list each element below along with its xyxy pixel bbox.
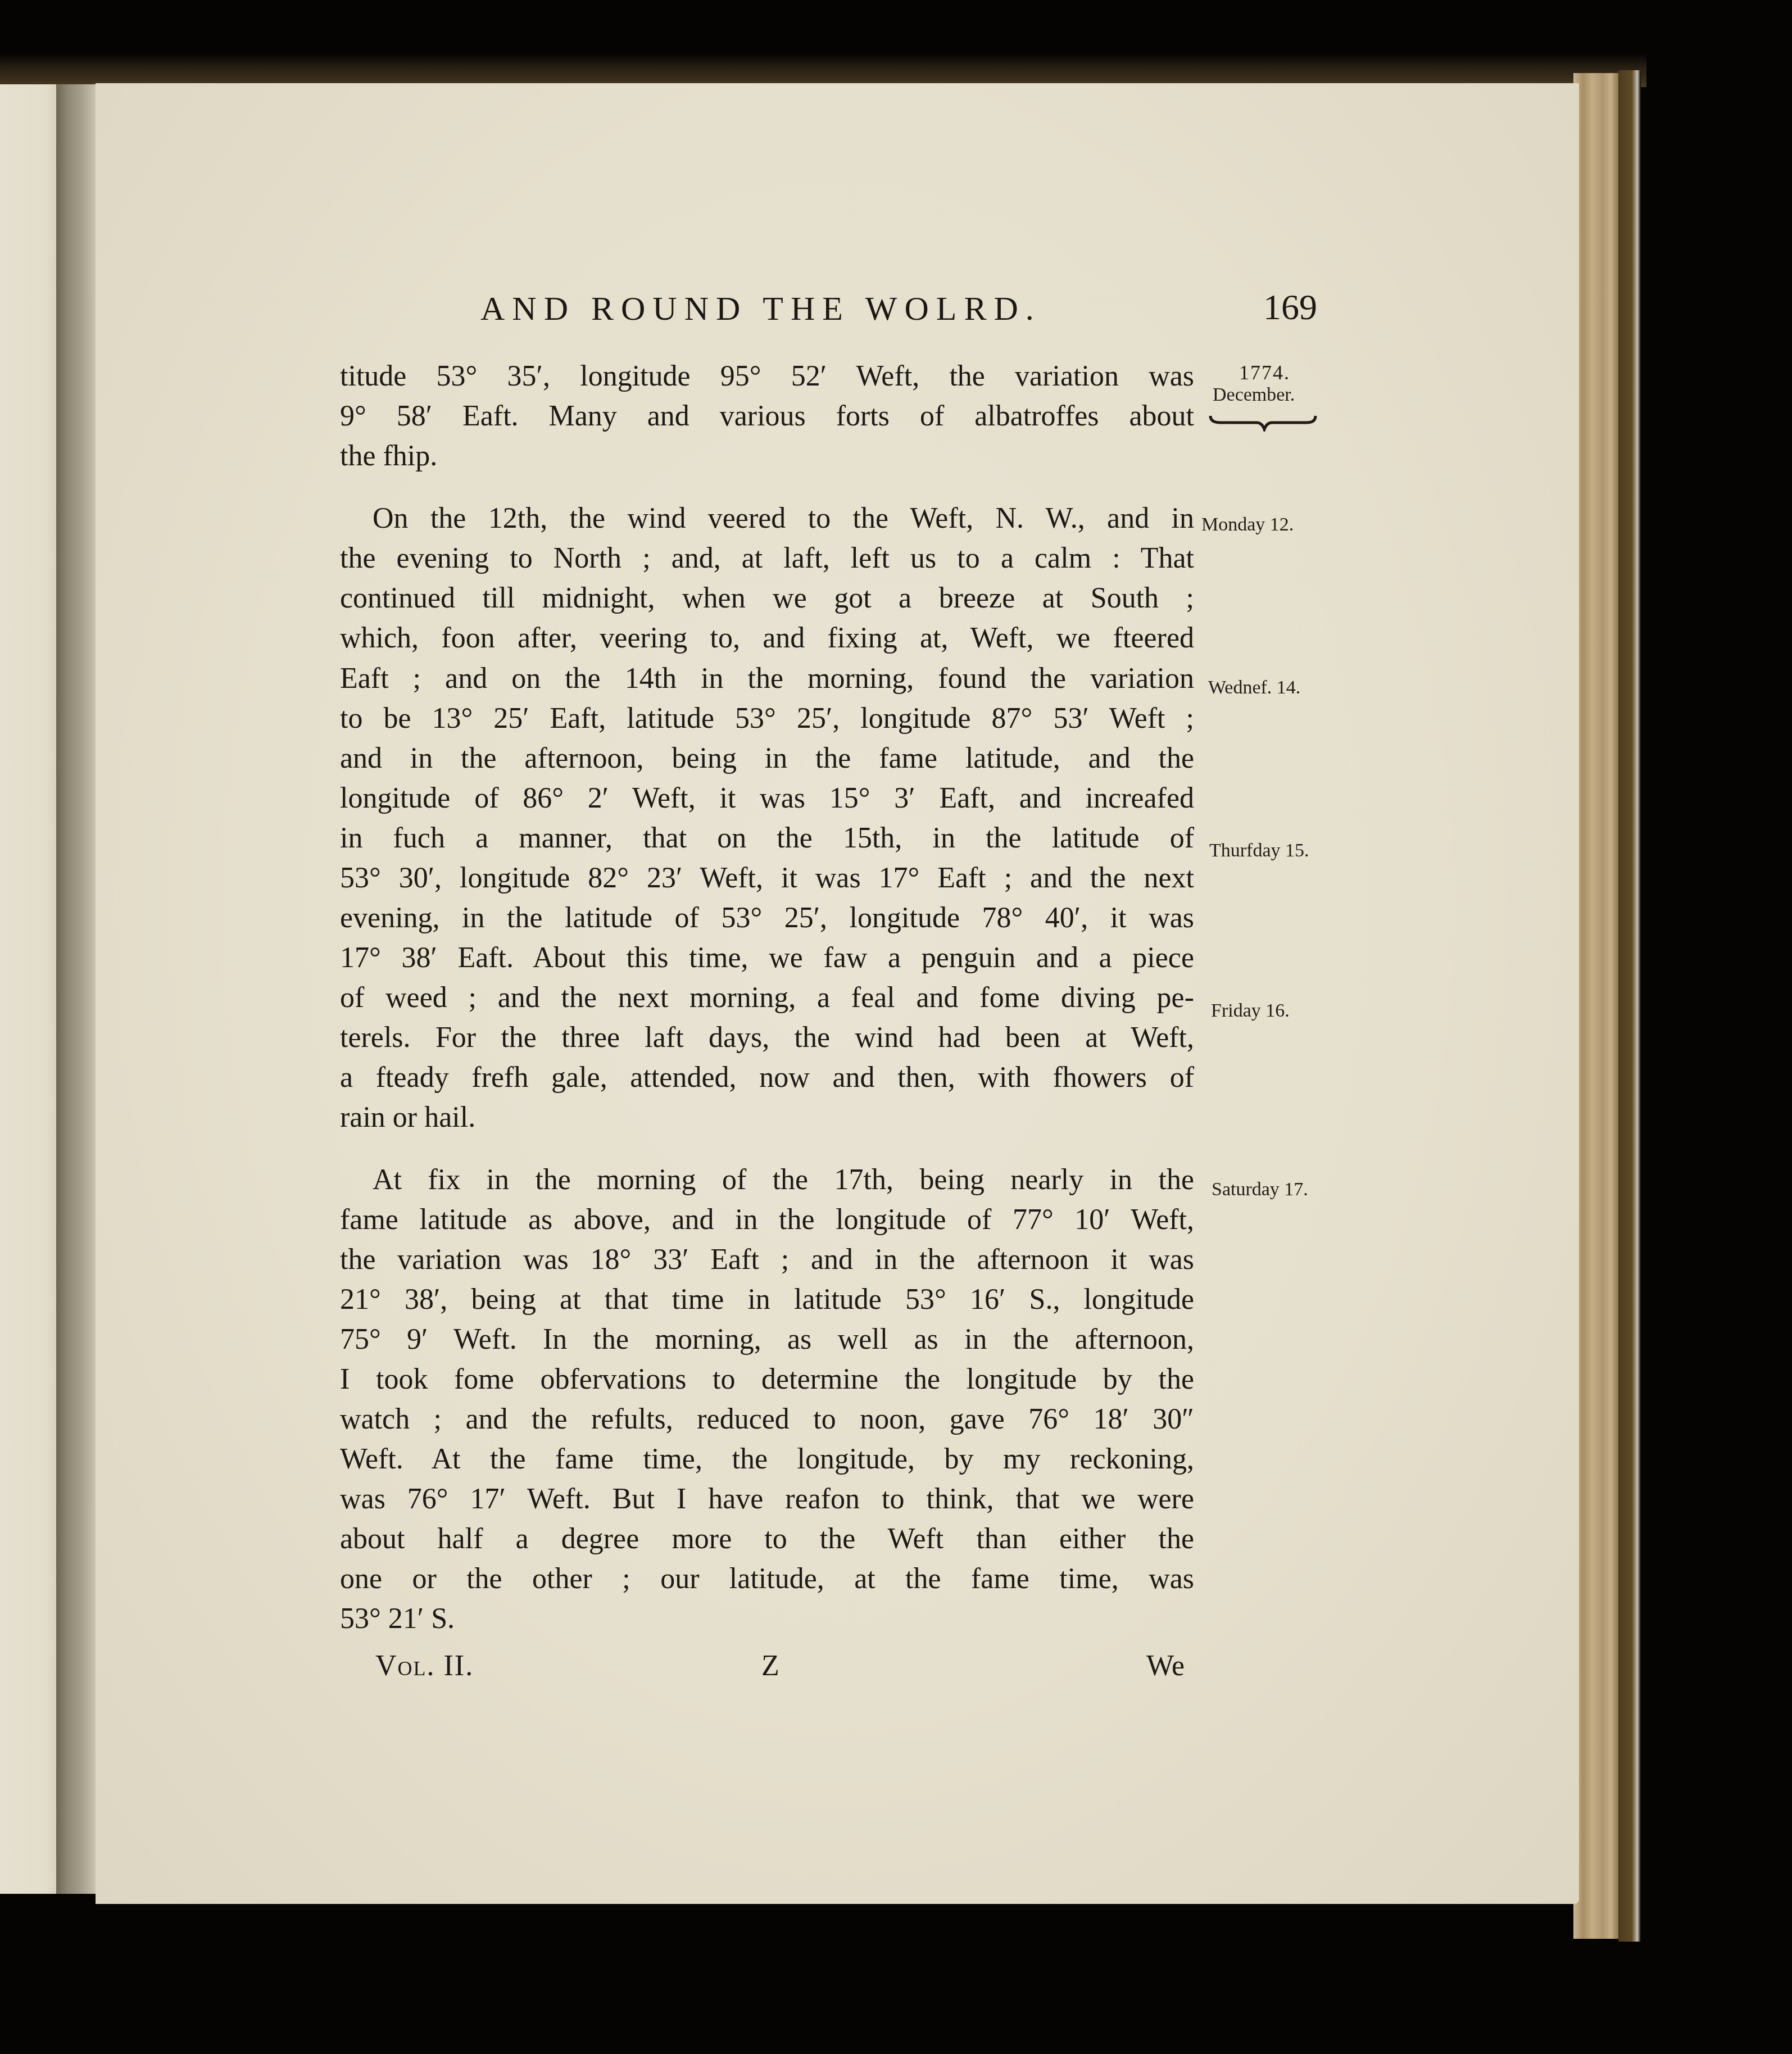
text-line: Eaft ; and on the 14th in the morning, f… — [340, 662, 1194, 696]
margin-year: 1774. — [1239, 361, 1290, 384]
book-gutter — [56, 84, 100, 1894]
text-line: titude 53° 35′, longitude 95° 52′ Weft, … — [340, 360, 1194, 393]
text-line: in fuch a manner, that on the 15th, in t… — [340, 822, 1194, 855]
text-line: and in the afternoon, being in the fame … — [340, 742, 1194, 776]
book-cover-edge — [1618, 70, 1641, 1942]
text-line: watch ; and the refults, reduced to noon… — [340, 1403, 1194, 1436]
text-line: 21° 38′, being at that time in latitude … — [340, 1283, 1194, 1317]
text-line: which, foon after, veering to, and fixin… — [340, 622, 1194, 655]
catchword: We — [1146, 1649, 1185, 1683]
margin-month: December. — [1213, 384, 1295, 406]
margin-date-thursday-15: Thurfday 15. — [1209, 840, 1309, 861]
text-line: a fteady frefh gale, attended, now and t… — [340, 1061, 1194, 1095]
margin-date-saturday-17: Saturday 17. — [1212, 1179, 1308, 1200]
text-line: Weft. At the fame time, the longitude, b… — [340, 1443, 1194, 1476]
text-line: the variation was 18° 33′ Eaft ; and in … — [340, 1243, 1194, 1277]
text-line: 53° 30′, longitude 82° 23′ Weft, it was … — [340, 861, 1194, 895]
text-line: fame latitude as above, and in the longi… — [340, 1203, 1194, 1237]
text-line: about half a degree more to the Weft tha… — [340, 1522, 1194, 1556]
text-line: continued till midnight, when we got a b… — [340, 582, 1194, 615]
page-number: 169 — [1263, 287, 1317, 328]
text-line: to be 13° 25′ Eaft, latitude 53° 25′, lo… — [340, 702, 1194, 736]
text-line: one or the other ; our latitude, at the … — [340, 1562, 1194, 1596]
text-line: longitude of 86° 2′ Weft, it was 15° 3′ … — [340, 782, 1194, 815]
margin-date-monday-12: Monday 12. — [1201, 514, 1294, 536]
margin-date-friday-16: Friday 16. — [1211, 1000, 1290, 1022]
text-line: At fix in the morning of the 17th, being… — [373, 1163, 1194, 1197]
text-line: of weed ; and the next morning, a feal a… — [340, 981, 1194, 1015]
text-line: I took fome obfervations to determine th… — [340, 1363, 1194, 1396]
book-top-edge — [0, 53, 1646, 87]
text-line: terels. For the three laft days, the win… — [340, 1021, 1194, 1055]
text-line: 53° 21′ S. — [340, 1602, 1194, 1636]
previous-page-edge — [0, 84, 57, 1894]
signature-mark: Z — [761, 1649, 779, 1683]
margin-date-wednesday-14: Wednef. 14. — [1208, 677, 1300, 699]
text-line: the evening to North ; and, at laft, lef… — [340, 542, 1194, 575]
text-line: rain or hail. — [340, 1101, 1194, 1135]
text-line: 9° 58′ Eaft. Many and various forts of a… — [340, 400, 1194, 433]
text-line: the fhip. — [340, 439, 1194, 473]
text-line: On the 12th, the wind veered to the Weft… — [373, 502, 1194, 536]
text-line: 17° 38′ Eaft. About this time, we faw a … — [340, 941, 1194, 975]
volume-mark: Vol. II. — [375, 1649, 474, 1683]
brace-icon — [1208, 415, 1318, 432]
text-line: was 76° 17′ Weft. But I have reafon to t… — [340, 1482, 1194, 1516]
text-line: 75° 9′ Weft. In the morning, as well as … — [340, 1323, 1194, 1357]
text-line: evening, in the latitude of 53° 25′, lon… — [340, 901, 1194, 935]
running-head: AND ROUND THE WOLRD. — [480, 289, 1041, 328]
